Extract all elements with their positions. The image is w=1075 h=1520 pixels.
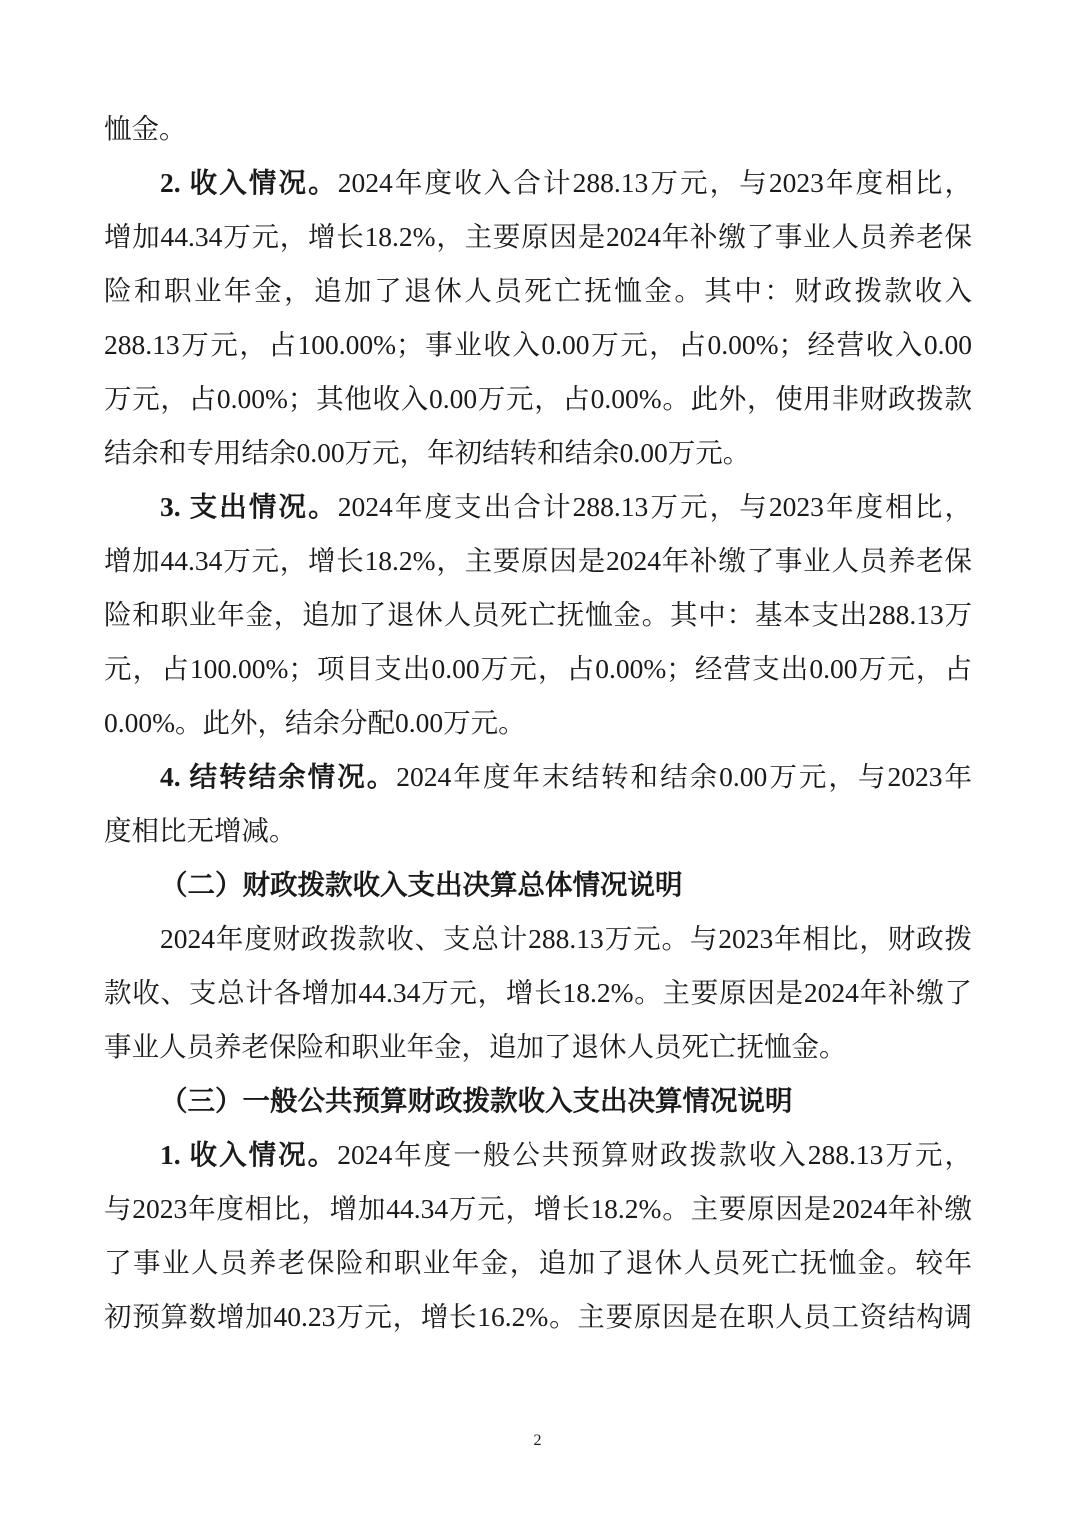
document-page: 恤金。 2. 收入情况。2024年度收入合计288.13万元，与2023年度相比… — [104, 102, 972, 1344]
income-text: 2024年度收入合计288.13万元，与2023年度相比， — [338, 167, 972, 198]
income-line: 288.13万元，占100.00%；事业收入0.00万元，占0.00%；经营收入… — [104, 318, 972, 372]
carryover-line: 度相比无增减。 — [104, 804, 972, 858]
income-line: 万元，占0.00%；其他收入0.00万元，占0.00%。此外，使用非财政拨款 — [104, 372, 972, 426]
expense-text: 2024年度支出合计288.13万元，与2023年度相比， — [338, 491, 972, 522]
fiscal-summary-line: 款收、支总计各增加44.34万元，增长18.2%。主要原因是2024年补缴了 — [104, 966, 972, 1020]
income-heading: 2. 收入情况。 — [160, 167, 338, 198]
carryover-text: 2024年度年末结转和结余0.00万元，与2023年 — [396, 761, 972, 792]
income-line: 结余和专用结余0.00万元，年初结转和结余0.00万元。 — [104, 426, 972, 480]
expense-paragraph-first-line: 3. 支出情况。2024年度支出合计288.13万元，与2023年度相比， — [104, 480, 972, 534]
carryover-paragraph-first-line: 4. 结转结余情况。2024年度年末结转和结余0.00万元，与2023年 — [104, 750, 972, 804]
public-budget-income-text: 2024年度一般公共预算财政拨款收入288.13万元， — [337, 1139, 972, 1170]
section-heading-2: （二）财政拨款收入支出决算总体情况说明 — [104, 858, 972, 912]
income-line: 增加44.34万元，增长18.2%，主要原因是2024年补缴了事业人员养老保 — [104, 210, 972, 264]
public-budget-income-line: 初预算数增加40.23万元，增长16.2%。主要原因是在职人员工资结构调 — [104, 1290, 972, 1344]
expense-line: 元，占100.00%；项目支出0.00万元，占0.00%；经营支出0.00万元，… — [104, 642, 972, 696]
expense-line: 增加44.34万元，增长18.2%，主要原因是2024年补缴了事业人员养老保 — [104, 534, 972, 588]
public-budget-income-line: 与2023年度相比，增加44.34万元，增长18.2%。主要原因是2024年补缴 — [104, 1182, 972, 1236]
expense-heading: 3. 支出情况。 — [160, 491, 338, 522]
fiscal-summary-line: 事业人员养老保险和职业年金，追加了退休人员死亡抚恤金。 — [104, 1020, 972, 1074]
income-paragraph-first-line: 2. 收入情况。2024年度收入合计288.13万元，与2023年度相比， — [104, 156, 972, 210]
income-line: 险和职业年金，追加了退休人员死亡抚恤金。其中：财政拨款收入 — [104, 264, 972, 318]
public-budget-income-heading: 1. 收入情况。 — [160, 1139, 337, 1170]
continuation-line: 恤金。 — [104, 102, 972, 156]
expense-line: 0.00%。此外，结余分配0.00万元。 — [104, 696, 972, 750]
public-budget-income-first-line: 1. 收入情况。2024年度一般公共预算财政拨款收入288.13万元， — [104, 1128, 972, 1182]
carryover-heading: 4. 结转结余情况。 — [160, 761, 396, 792]
fiscal-summary-line: 2024年度财政拨款收、支总计288.13万元。与2023年相比，财政拨 — [104, 912, 972, 966]
section-heading-3: （三）一般公共预算财政拨款收入支出决算情况说明 — [104, 1074, 972, 1128]
expense-line: 险和职业年金，追加了退休人员死亡抚恤金。其中：基本支出288.13万 — [104, 588, 972, 642]
page-number: 2 — [0, 1432, 1075, 1450]
public-budget-income-line: 了事业人员养老保险和职业年金，追加了退休人员死亡抚恤金。较年 — [104, 1236, 972, 1290]
